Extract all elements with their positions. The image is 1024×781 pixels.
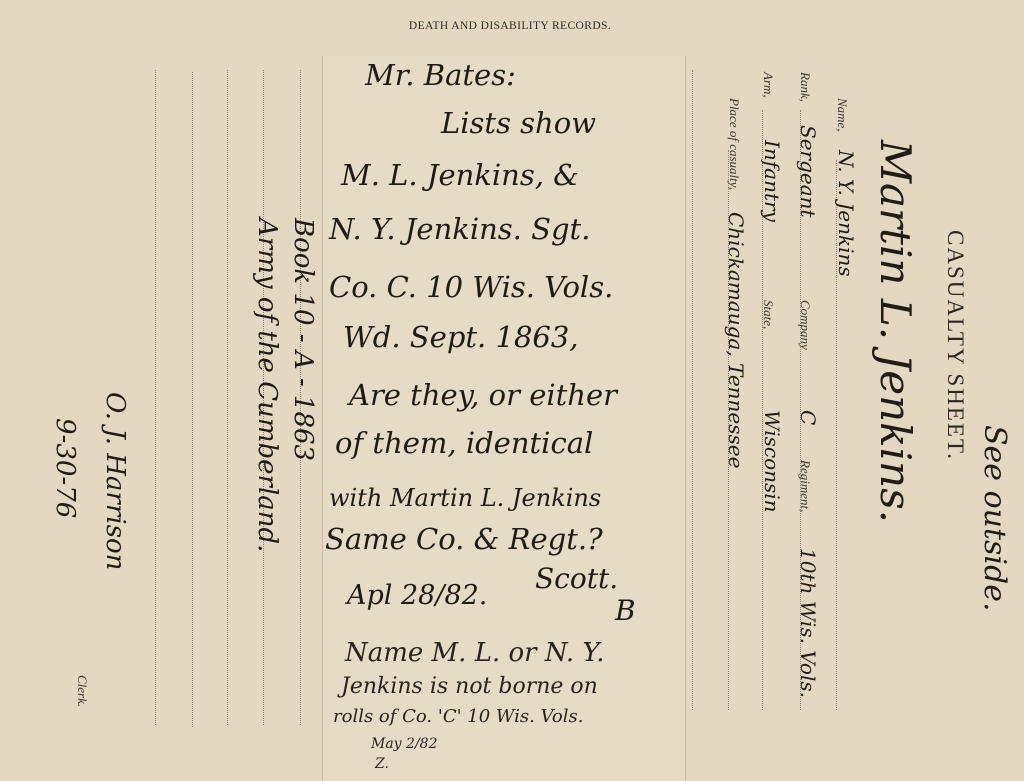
rank-value: Sergeant <box>796 125 820 218</box>
note-initial: B <box>615 594 636 627</box>
casualty-sheet-title: CASUALTY SHEET. <box>942 230 968 461</box>
note-line: Are they, or either <box>349 378 617 412</box>
form-line <box>692 70 693 710</box>
soldier-name: Martin L. Jenkins. <box>871 140 920 523</box>
note-line: M. L. Jenkins, & <box>341 158 579 192</box>
regiment-value: 10th Wis. Vols. <box>796 548 820 698</box>
note-line: N. Y. Jenkins. Sgt. <box>329 212 590 246</box>
note-line: Same Co. & Regt.? <box>325 522 603 556</box>
state-value: Wisconsin <box>760 410 784 513</box>
ruled-line <box>227 70 228 725</box>
book-reference: Book 10 - A - 1863 <box>288 218 318 461</box>
note-date: Apl 28/82. <box>347 580 487 611</box>
state-label: State, <box>760 300 776 329</box>
name-value: N. Y. Jenkins <box>834 150 858 277</box>
page-header: DEATH AND DISABILITY RECORDS. <box>330 20 690 32</box>
note-line: with Martin L. Jenkins <box>329 484 601 512</box>
reply-line: Z. <box>375 756 389 772</box>
note-line: Lists show <box>441 106 596 140</box>
reply-line: rolls of Co. 'C' 10 Wis. Vols. <box>333 706 583 727</box>
reply-line: May 2/82 <box>371 736 437 752</box>
clerk-signature: O. J. Harrison <box>100 392 130 570</box>
regiment-label: Regiment, <box>797 460 813 512</box>
rank-label: Rank, <box>797 72 813 102</box>
note-line: Wd. Sept. 1863, <box>343 320 579 354</box>
ruled-line <box>192 72 193 727</box>
note-line: of them, identical <box>335 426 593 460</box>
place-label: Place of casualty, <box>726 98 742 190</box>
arm-value: Infantry <box>760 140 784 222</box>
company-value: C <box>796 410 820 425</box>
marginal-note: See outside. <box>977 425 1012 612</box>
company-label: Company <box>797 300 813 350</box>
army-reference: Army of the Cumberland. <box>252 218 282 552</box>
ruled-line <box>155 70 156 725</box>
document-page: DEATH AND DISABILITY RECORDS. Book 10 - … <box>0 0 1024 781</box>
reply-line: Jenkins is not borne on <box>341 674 598 699</box>
clerk-label: Clerk. <box>74 675 90 707</box>
reply-line: Name M. L. or N. Y. <box>345 638 605 668</box>
name-label: Name, <box>834 98 850 132</box>
clerk-date: 9-30-76 <box>50 418 80 518</box>
note-line: Co. C. 10 Wis. Vols. <box>329 270 613 304</box>
arm-label: Arm, <box>760 72 776 98</box>
inquiry-note: Mr. Bates: Lists show M. L. Jenkins, & N… <box>322 56 686 781</box>
note-signature: Scott. <box>535 562 618 595</box>
place-value: Chickamauga, Tennessee <box>724 212 748 468</box>
note-line: Mr. Bates: <box>365 58 516 92</box>
